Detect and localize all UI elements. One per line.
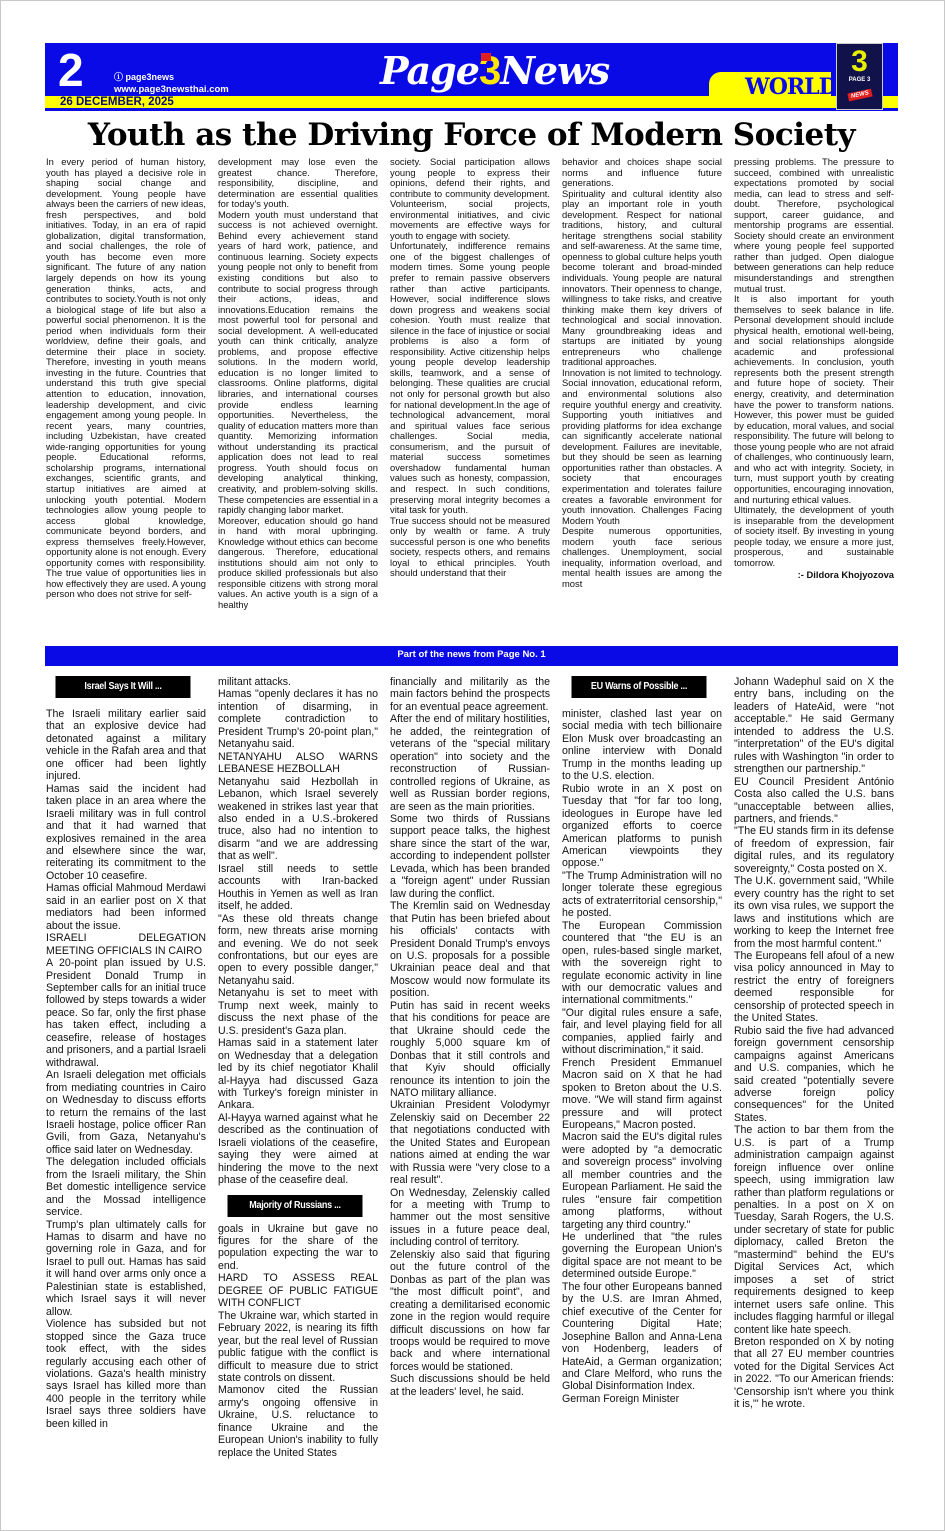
story-tag-russia: Majority of Russians ... [228,1195,363,1217]
eu-story-column-2: Johann Wadephul said on X the entry bans… [734,676,894,1486]
continuation-banner: Part of the news from Page No. 1 [45,646,898,666]
story-tag-israel: Israel Says It Will ... [56,676,191,698]
russia-story-column: financially and militarily as the main f… [390,676,550,1486]
facebook-icon: ⓘ [114,72,126,82]
social-handle[interactable]: ⓘ page3news [114,70,174,83]
author-byline: :- Dildora Khojyozova [734,570,894,581]
publication-logo: Page3News [380,50,609,92]
feature-column-3: society. Social participation allows you… [390,157,550,637]
feature-column-4: behavior and choices shape social norms … [562,157,722,637]
issue-date: 26 DECEMBER, 2025 [60,96,174,109]
story-tag-eu: EU Warns of Possible ... [572,676,707,698]
eu-story-column-1: EU Warns of Possible ... minister, clash… [562,676,722,1486]
feature-column-5: pressing problems. The pressure to succe… [734,157,894,637]
feature-column-2: development may lose even the greatest c… [218,157,378,637]
israel-story-column-2: militant attacks.Hamas "openly declares … [218,676,378,1486]
logo-number: 3 [479,49,500,93]
section-label: WORLD [745,74,837,100]
feature-column-1: In every period of human history, youth … [46,157,206,637]
continued-stories: Israel Says It Will ... The Israeli mili… [46,676,894,1486]
feature-article: In every period of human history, youth … [46,157,894,637]
website-link[interactable]: www.page3newsthai.com [114,84,229,95]
page3-badge-logo: 3 PAGE 3 NEWS [836,43,883,110]
israel-story-column-1: Israel Says It Will ... The Israeli mili… [46,676,206,1486]
page-number: 2 [58,46,84,94]
feature-headline: Youth as the Driving Force of Modern Soc… [45,114,898,156]
